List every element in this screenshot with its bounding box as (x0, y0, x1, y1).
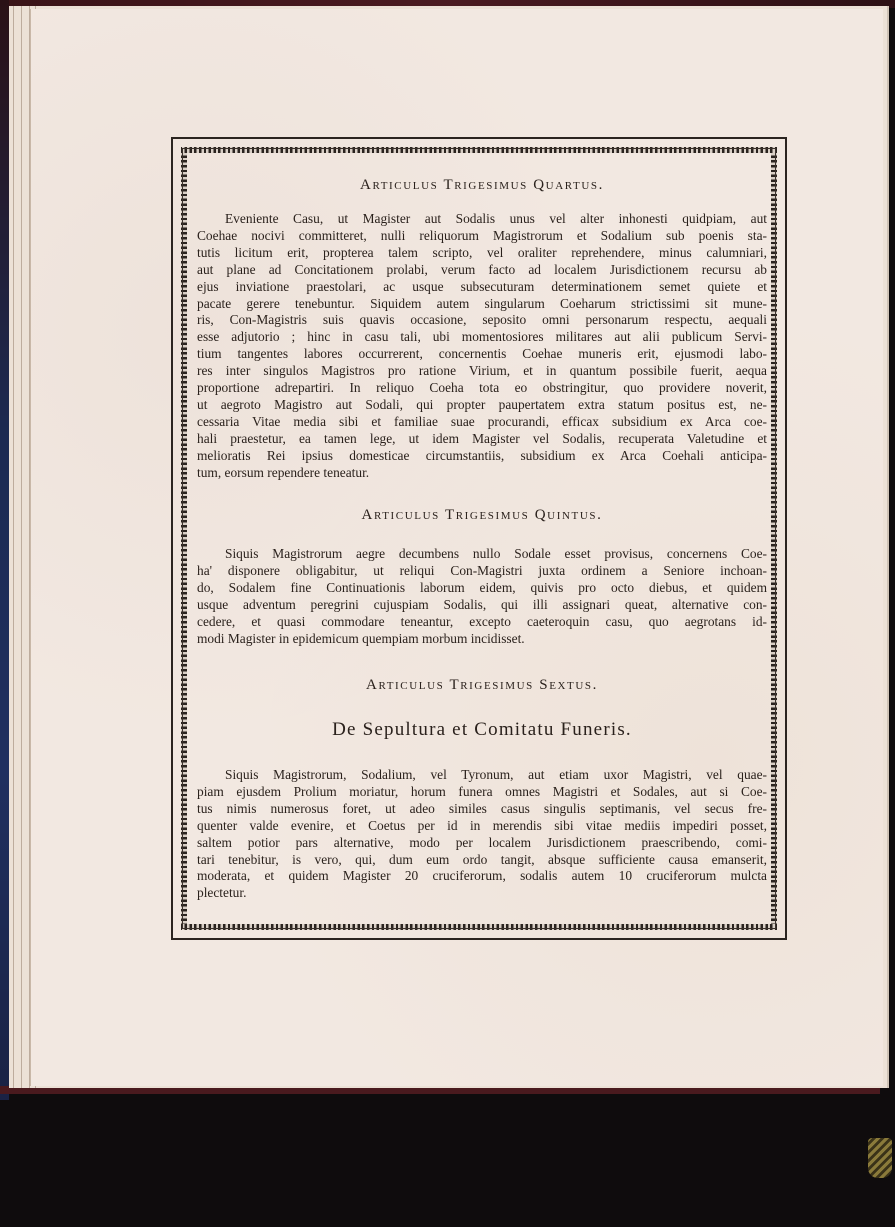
text-line: tium tangentes labores occurrerent, conc… (197, 346, 767, 363)
text-line: Siquis Magistrorum, Sodalium, vel Tyronu… (197, 767, 767, 784)
text-line: plectetur. (197, 885, 767, 902)
text-line: ut aegroto Magistro aut Sodali, qui prop… (197, 397, 767, 414)
ornamental-border-frame: Articulus Trigesimus Quartus. Eveniente … (171, 137, 787, 940)
article-34-heading: Articulus Trigesimus Quartus. (197, 177, 767, 194)
bookmark-tassel (868, 1138, 892, 1178)
text-line: do, Sodalem fine Continuationis laborum … (197, 580, 767, 597)
text-line: Eveniente Casu, ut Magister aut Sodalis … (197, 211, 767, 228)
text-line: tum, eorsum rependere teneatur. (197, 465, 767, 482)
text-line: saltem potior pars alternative, modo per… (197, 835, 767, 852)
text-line: Siquis Magistrorum aegre decumbens nullo… (197, 546, 767, 563)
text-line: hali praestetur, ea tamen lege, ut idem … (197, 431, 767, 448)
article-34-paragraph: Eveniente Casu, ut Magister aut Sodalis … (197, 211, 767, 482)
text-line: tari tenebitur, is vero, qui, dum eum or… (197, 852, 767, 869)
text-line: esse adjutorio ; hinc in casu tali, ubi … (197, 329, 767, 346)
text-line: cessaria Vitae media sibi et familiae su… (197, 414, 767, 431)
text-line: aut plane ad Concitationem prolabi, veru… (197, 262, 767, 279)
text-line: modi Magister in epidemicum quempiam mor… (197, 631, 767, 648)
text-line: ha' disponere obligabitur, ut reliqui Co… (197, 563, 767, 580)
text-line: proportione adrepartiri. In reliquo Coeh… (197, 380, 767, 397)
text-line: piam ejusdem Prolium moriatur, horum fun… (197, 784, 767, 801)
text-line: tus nimis numerosus foret, ut adeo simil… (197, 801, 767, 818)
text-line: tutis licitum erit, propterea talem scri… (197, 245, 767, 262)
text-line: melioratis Rei ipsius domesticae circums… (197, 448, 767, 465)
text-line: res inter singulos Magistros pro ratione… (197, 363, 767, 380)
text-line: ris, Con-Magistris suis quavis occasione… (197, 312, 767, 329)
page-edge-line (13, 6, 14, 1088)
article-35-heading: Articulus Trigesimus Quintus. (197, 507, 767, 524)
text-line: ejus inviatione praestolari, ac usque su… (197, 279, 767, 296)
article-36-subtitle: De Sepultura et Comitatu Funeris. (197, 719, 767, 741)
text-line: cedere, et quasi commodare teneantur, ex… (197, 614, 767, 631)
text-line: Coehae nocivi committeret, nulli reliquo… (197, 228, 767, 245)
text-line: quenter valde evenire, et Coetus per id … (197, 818, 767, 835)
page-edge-line (21, 6, 22, 1088)
article-35-paragraph: Siquis Magistrorum aegre decumbens nullo… (197, 546, 767, 647)
text-line: moderata, et quidem Magister 20 crucifer… (197, 868, 767, 885)
book-cover-spine-edge (0, 0, 9, 1100)
article-36-heading: Articulus Trigesimus Sextus. (197, 677, 767, 694)
article-36-paragraph: Siquis Magistrorum, Sodalium, vel Tyronu… (197, 767, 767, 902)
text-line: pacate gerere tenebuntur. Siquidem autem… (197, 296, 767, 313)
text-line: usque adventum peregrini cujuspiam Sodal… (197, 597, 767, 614)
